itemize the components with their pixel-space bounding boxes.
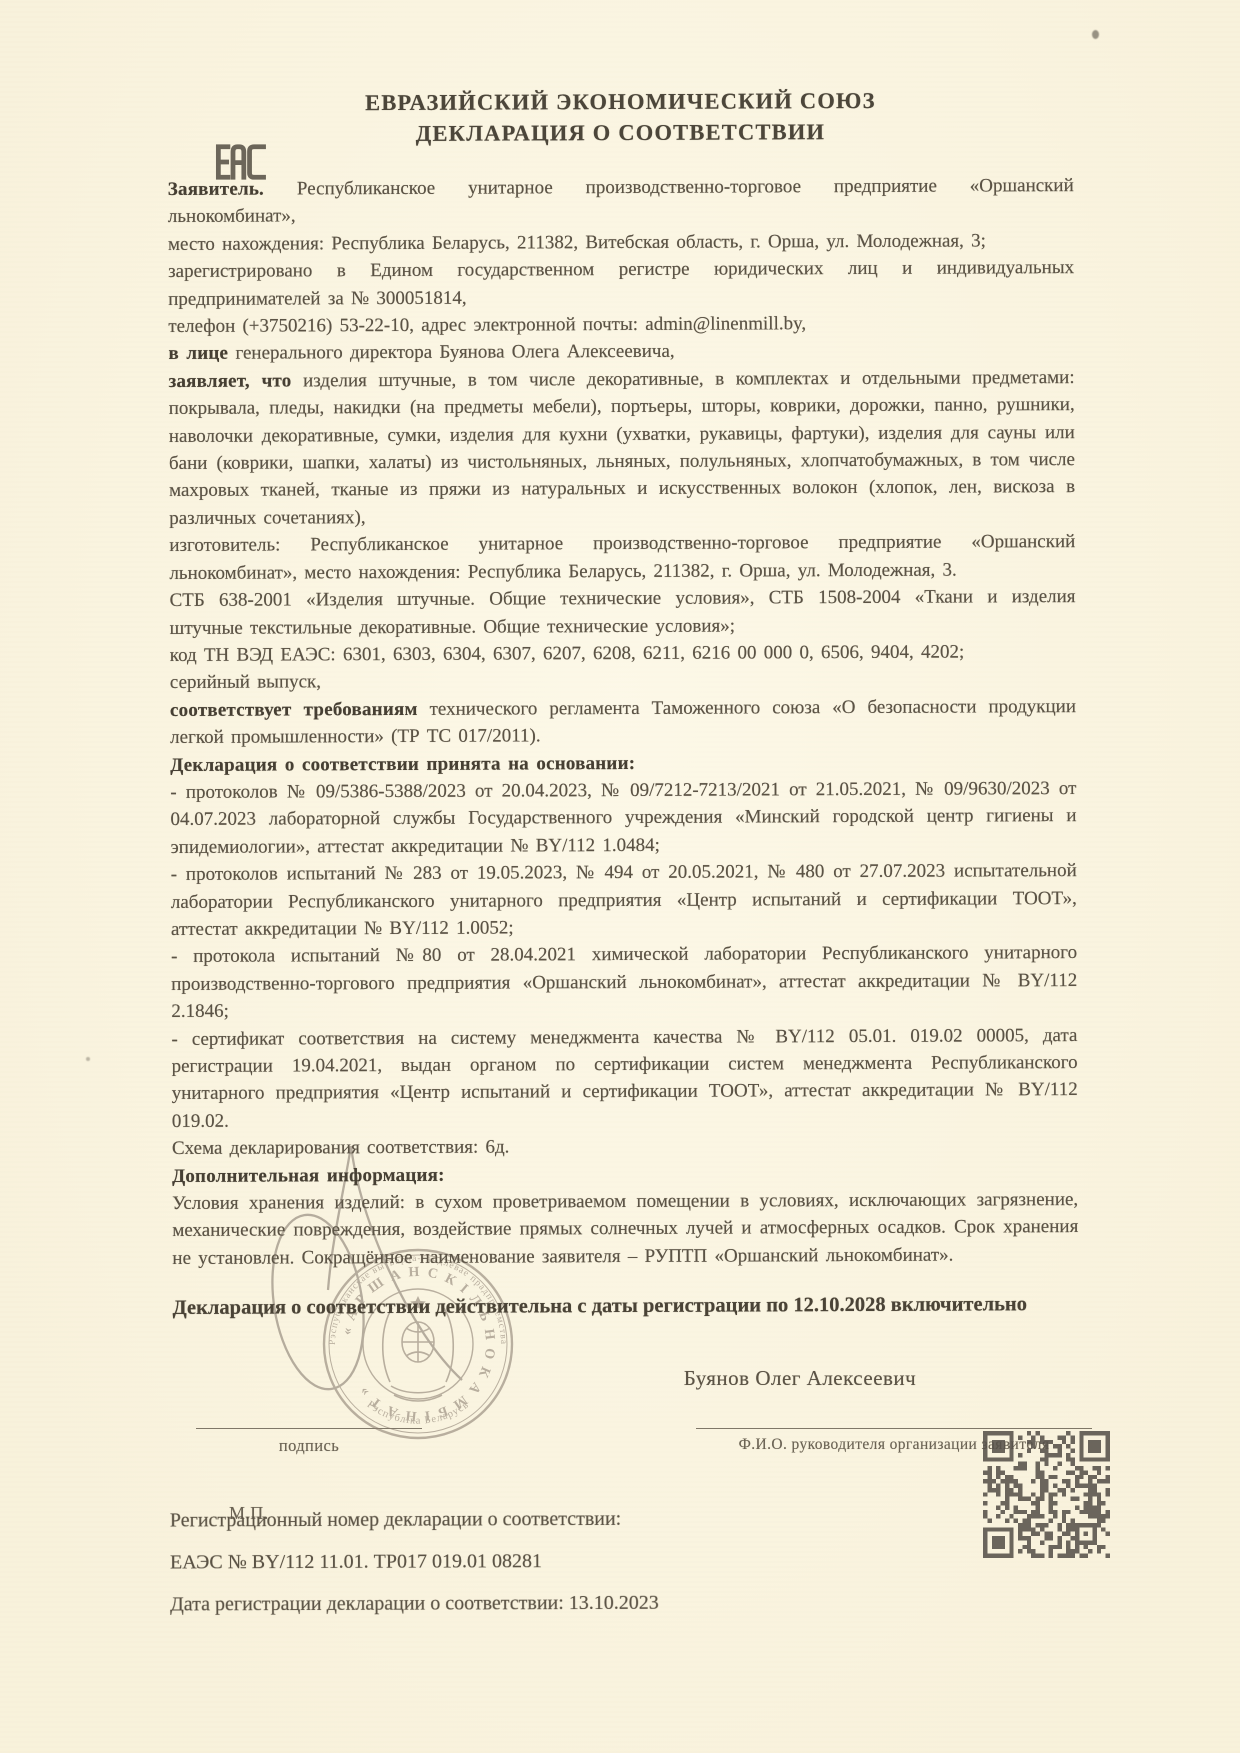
document-paragraph: - сертификат соответствия на систему мен… [171, 1022, 1077, 1136]
document-paragraph: Условия хранения изделий: в сухом провет… [172, 1186, 1078, 1272]
document-paragraph: серийный выпуск, [170, 665, 1076, 696]
signature-caption: подпись [196, 1436, 422, 1456]
document-paragraph: зарегистрировано в Едином государственно… [168, 254, 1074, 313]
reg-date-value: 13.10.2023 [569, 1592, 659, 1614]
document-paragraph: заявляет, что изделия штучные, в том чис… [169, 364, 1076, 532]
scan-speck [1092, 30, 1099, 39]
document-body: Заявитель. Республиканское унитарное про… [168, 172, 1079, 1272]
document-paragraph: Заявитель. Республиканское унитарное про… [168, 172, 1074, 231]
document-paragraph: в лице генерального директора Буянова Ол… [168, 336, 1074, 367]
document-paragraph: код ТН ВЭД ЕАЭС: 6301, 6303, 6304, 6307,… [170, 638, 1076, 669]
document-content: ЕВРАЗИЙСКИЙ ЭКОНОМИЧЕСКИЙ СОЮЗ ДЕКЛАРАЦИ… [167, 84, 1078, 1325]
document-paragraph: Дополнительная информация: [172, 1159, 1078, 1190]
document-paragraph: СТБ 638-2001 «Изделия штучные. Общие тех… [169, 583, 1075, 642]
scan-speck [86, 1057, 90, 1061]
head-name-line [696, 1428, 1092, 1429]
document-paragraph: место нахождения: Республика Беларусь, 2… [168, 227, 1074, 258]
document-title-line1: ЕВРАЗИЙСКИЙ ЭКОНОМИЧЕСКИЙ СОЮЗ [167, 84, 1073, 119]
declaration-document: ЕВРАЗИЙСКИЙ ЭКОНОМИЧЕСКИЙ СОЮЗ ДЕКЛАРАЦИ… [0, 0, 1240, 1753]
document-title-line2: ДЕКЛАРАЦИЯ О СООТВЕТСТВИИ [167, 115, 1073, 150]
reg-date-line: Дата регистрации декларации о соответств… [170, 1581, 1010, 1626]
reg-number-label: Регистрационный номер декларации о соотв… [170, 1497, 1010, 1542]
reg-date-label: Дата регистрации декларации о соответств… [170, 1592, 564, 1615]
document-title: ЕВРАЗИЙСКИЙ ЭКОНОМИЧЕСКИЙ СОЮЗ ДЕКЛАРАЦИ… [167, 84, 1073, 150]
document-paragraph: Декларация о соответствии принята на осн… [170, 748, 1076, 779]
head-name: Буянов Олег Алексеевич [620, 1366, 980, 1391]
document-paragraph: телефон (+3750216) 53-22-10, адрес элект… [168, 309, 1074, 340]
document-paragraph: соответствует требованиям технического р… [170, 693, 1076, 752]
document-paragraph: Схема декларирования соответствия: 6д. [172, 1131, 1078, 1162]
validity-statement: Декларация о соответствии действительна … [173, 1288, 1079, 1325]
registration-block: Регистрационный номер декларации о соотв… [170, 1497, 1010, 1626]
reg-number-value: ЕАЭС № BY/112 11.01. ТР017 019.01 08281 [170, 1539, 1010, 1584]
document-paragraph: - протокола испытаний №80 от 28.04.2021 … [171, 939, 1077, 1025]
document-paragraph: - протоколов № 09/5386-5388/2023 от 20.0… [170, 775, 1076, 861]
document-paragraph: - протоколов испытаний № 283 от 19.05.20… [171, 857, 1077, 943]
document-paragraph: изготовитель: Республиканское унитарное … [169, 528, 1075, 587]
